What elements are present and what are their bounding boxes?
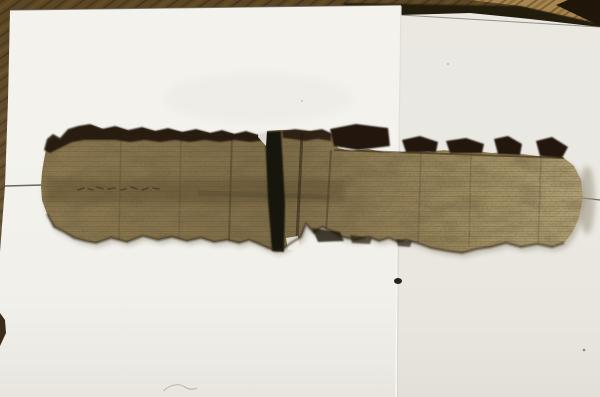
fragment-crumb [394, 278, 402, 284]
photo-canvas [0, 0, 600, 397]
paper-seam-horizontal-left [5, 185, 43, 186]
paper-speck [301, 100, 303, 102]
paper-speck [583, 349, 586, 352]
scroll-torn-chunk [330, 124, 390, 150]
paper-soft-blotch [163, 72, 353, 124]
paper-speck [447, 63, 449, 65]
paper-seam-vertical-lower [396, 244, 397, 397]
photograph [0, 0, 600, 397]
